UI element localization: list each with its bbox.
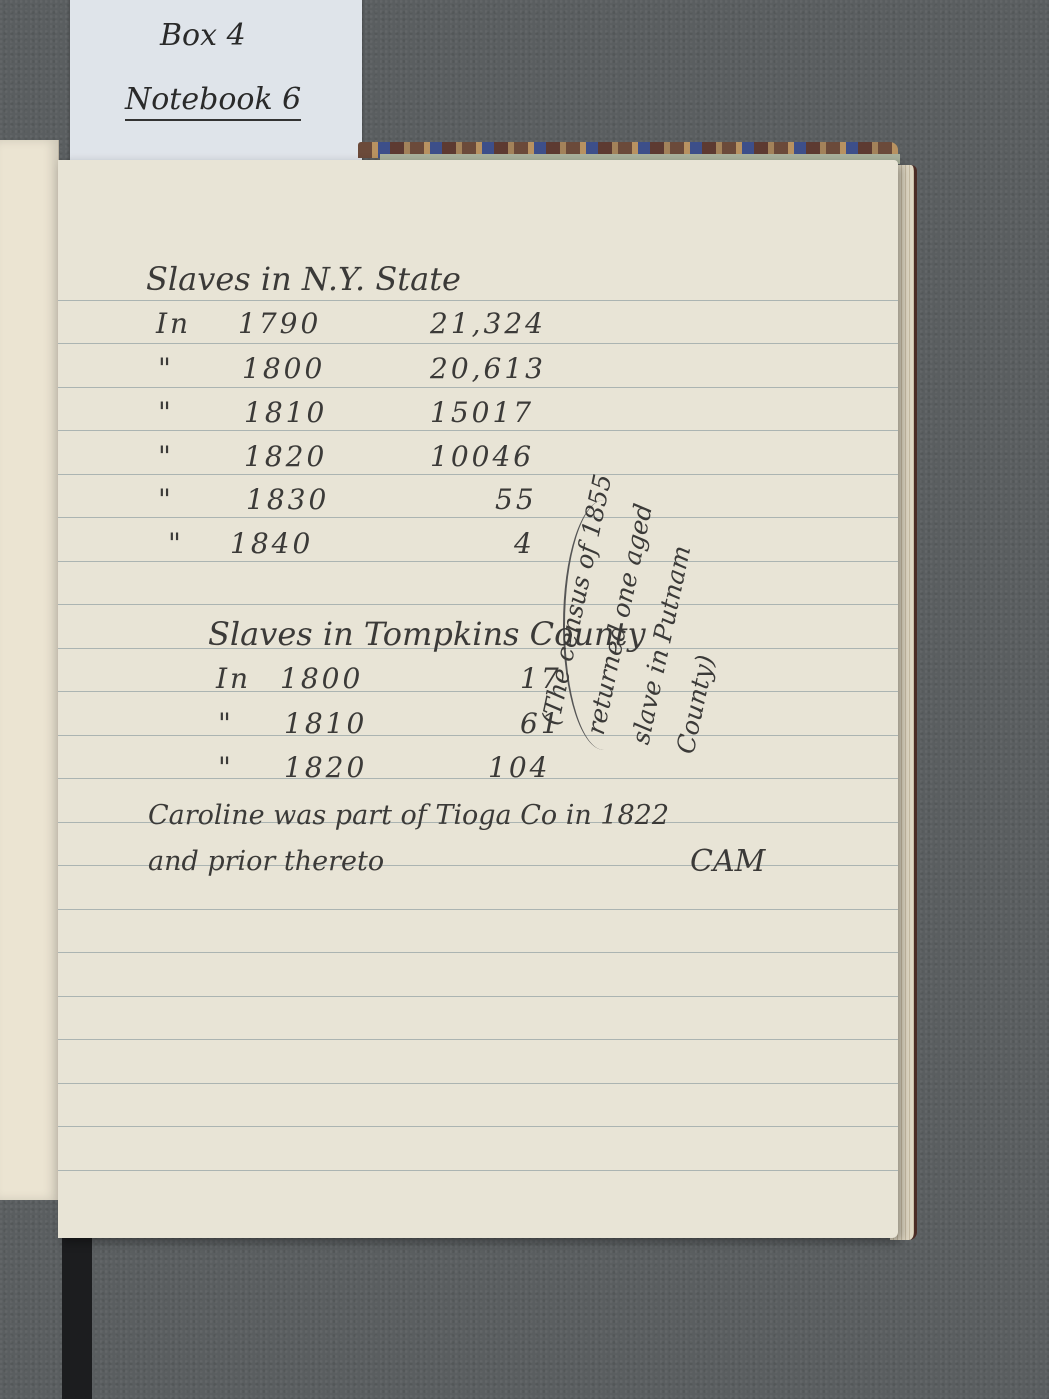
ruled-line [58, 387, 898, 388]
ny-row-prefix: " [158, 396, 174, 429]
county-row-year: 1800 [280, 662, 363, 695]
ny-row-count: 10046 [430, 440, 534, 473]
ruled-line [58, 1039, 898, 1040]
ny-row-count: 15017 [430, 396, 534, 429]
county-row-count: 17 [520, 662, 562, 695]
ny-row-year: 1810 [244, 396, 327, 429]
ny-row-year: 1790 [238, 307, 321, 340]
county-row-count: 104 [488, 751, 550, 784]
ny-row-prefix: " [168, 527, 184, 560]
ruled-line [58, 604, 898, 605]
ruled-line [58, 996, 898, 997]
ruled-line [58, 691, 898, 692]
county-row-count: 61 [520, 707, 562, 740]
footnote-line-2: and prior thereto [148, 846, 384, 877]
ruled-line [58, 343, 898, 344]
ny-row-year: 1840 [230, 527, 313, 560]
ruled-line [58, 561, 898, 562]
county-row-prefix: " [218, 707, 234, 740]
ny-row-prefix: In [156, 307, 191, 340]
ny-row-count: 4 [514, 527, 535, 560]
county-title: Slaves in Tompkins County [208, 615, 646, 653]
footnote-line-1: Caroline was part of Tioga Co in 1822 [148, 800, 669, 831]
ruled-line [58, 1126, 898, 1127]
archive-label-card: Box 4 Notebook 6 [70, 0, 362, 170]
notebook-number-label: Notebook 6 [125, 82, 301, 121]
left-page-edge [0, 140, 59, 1200]
signature-initials: CAM [690, 844, 765, 879]
ny-row-year: 1830 [246, 483, 329, 516]
ny-row-count: 20,613 [430, 352, 546, 385]
ny-row-year: 1800 [242, 352, 325, 385]
ruled-line [58, 300, 898, 301]
ruled-line [58, 778, 898, 779]
box-number-label: Box 4 [160, 18, 246, 53]
ruled-line [58, 735, 898, 736]
margin-note: (The census of 1855 returned one aged sl… [528, 387, 779, 758]
ny-row-count: 55 [495, 483, 537, 516]
ny-row-year: 1820 [244, 440, 327, 473]
ruled-line [58, 952, 898, 953]
ruled-line [58, 909, 898, 910]
ruled-line [58, 1083, 898, 1084]
county-row-prefix: " [218, 751, 234, 784]
ruled-line [58, 474, 898, 475]
county-row-year: 1820 [284, 751, 367, 784]
ruled-line [58, 517, 898, 518]
ny-row-prefix: " [158, 352, 174, 385]
ruled-line [58, 1170, 898, 1171]
ny-state-title: Slaves in N.Y. State [146, 260, 461, 298]
ny-row-count: 21,324 [430, 307, 546, 340]
county-row-year: 1810 [284, 707, 367, 740]
notebook-page: Slaves in N.Y. State In 1790 21,324 " 18… [58, 160, 898, 1238]
ny-row-prefix: " [158, 483, 174, 516]
ny-row-prefix: " [158, 440, 174, 473]
county-row-prefix: In [216, 662, 251, 695]
